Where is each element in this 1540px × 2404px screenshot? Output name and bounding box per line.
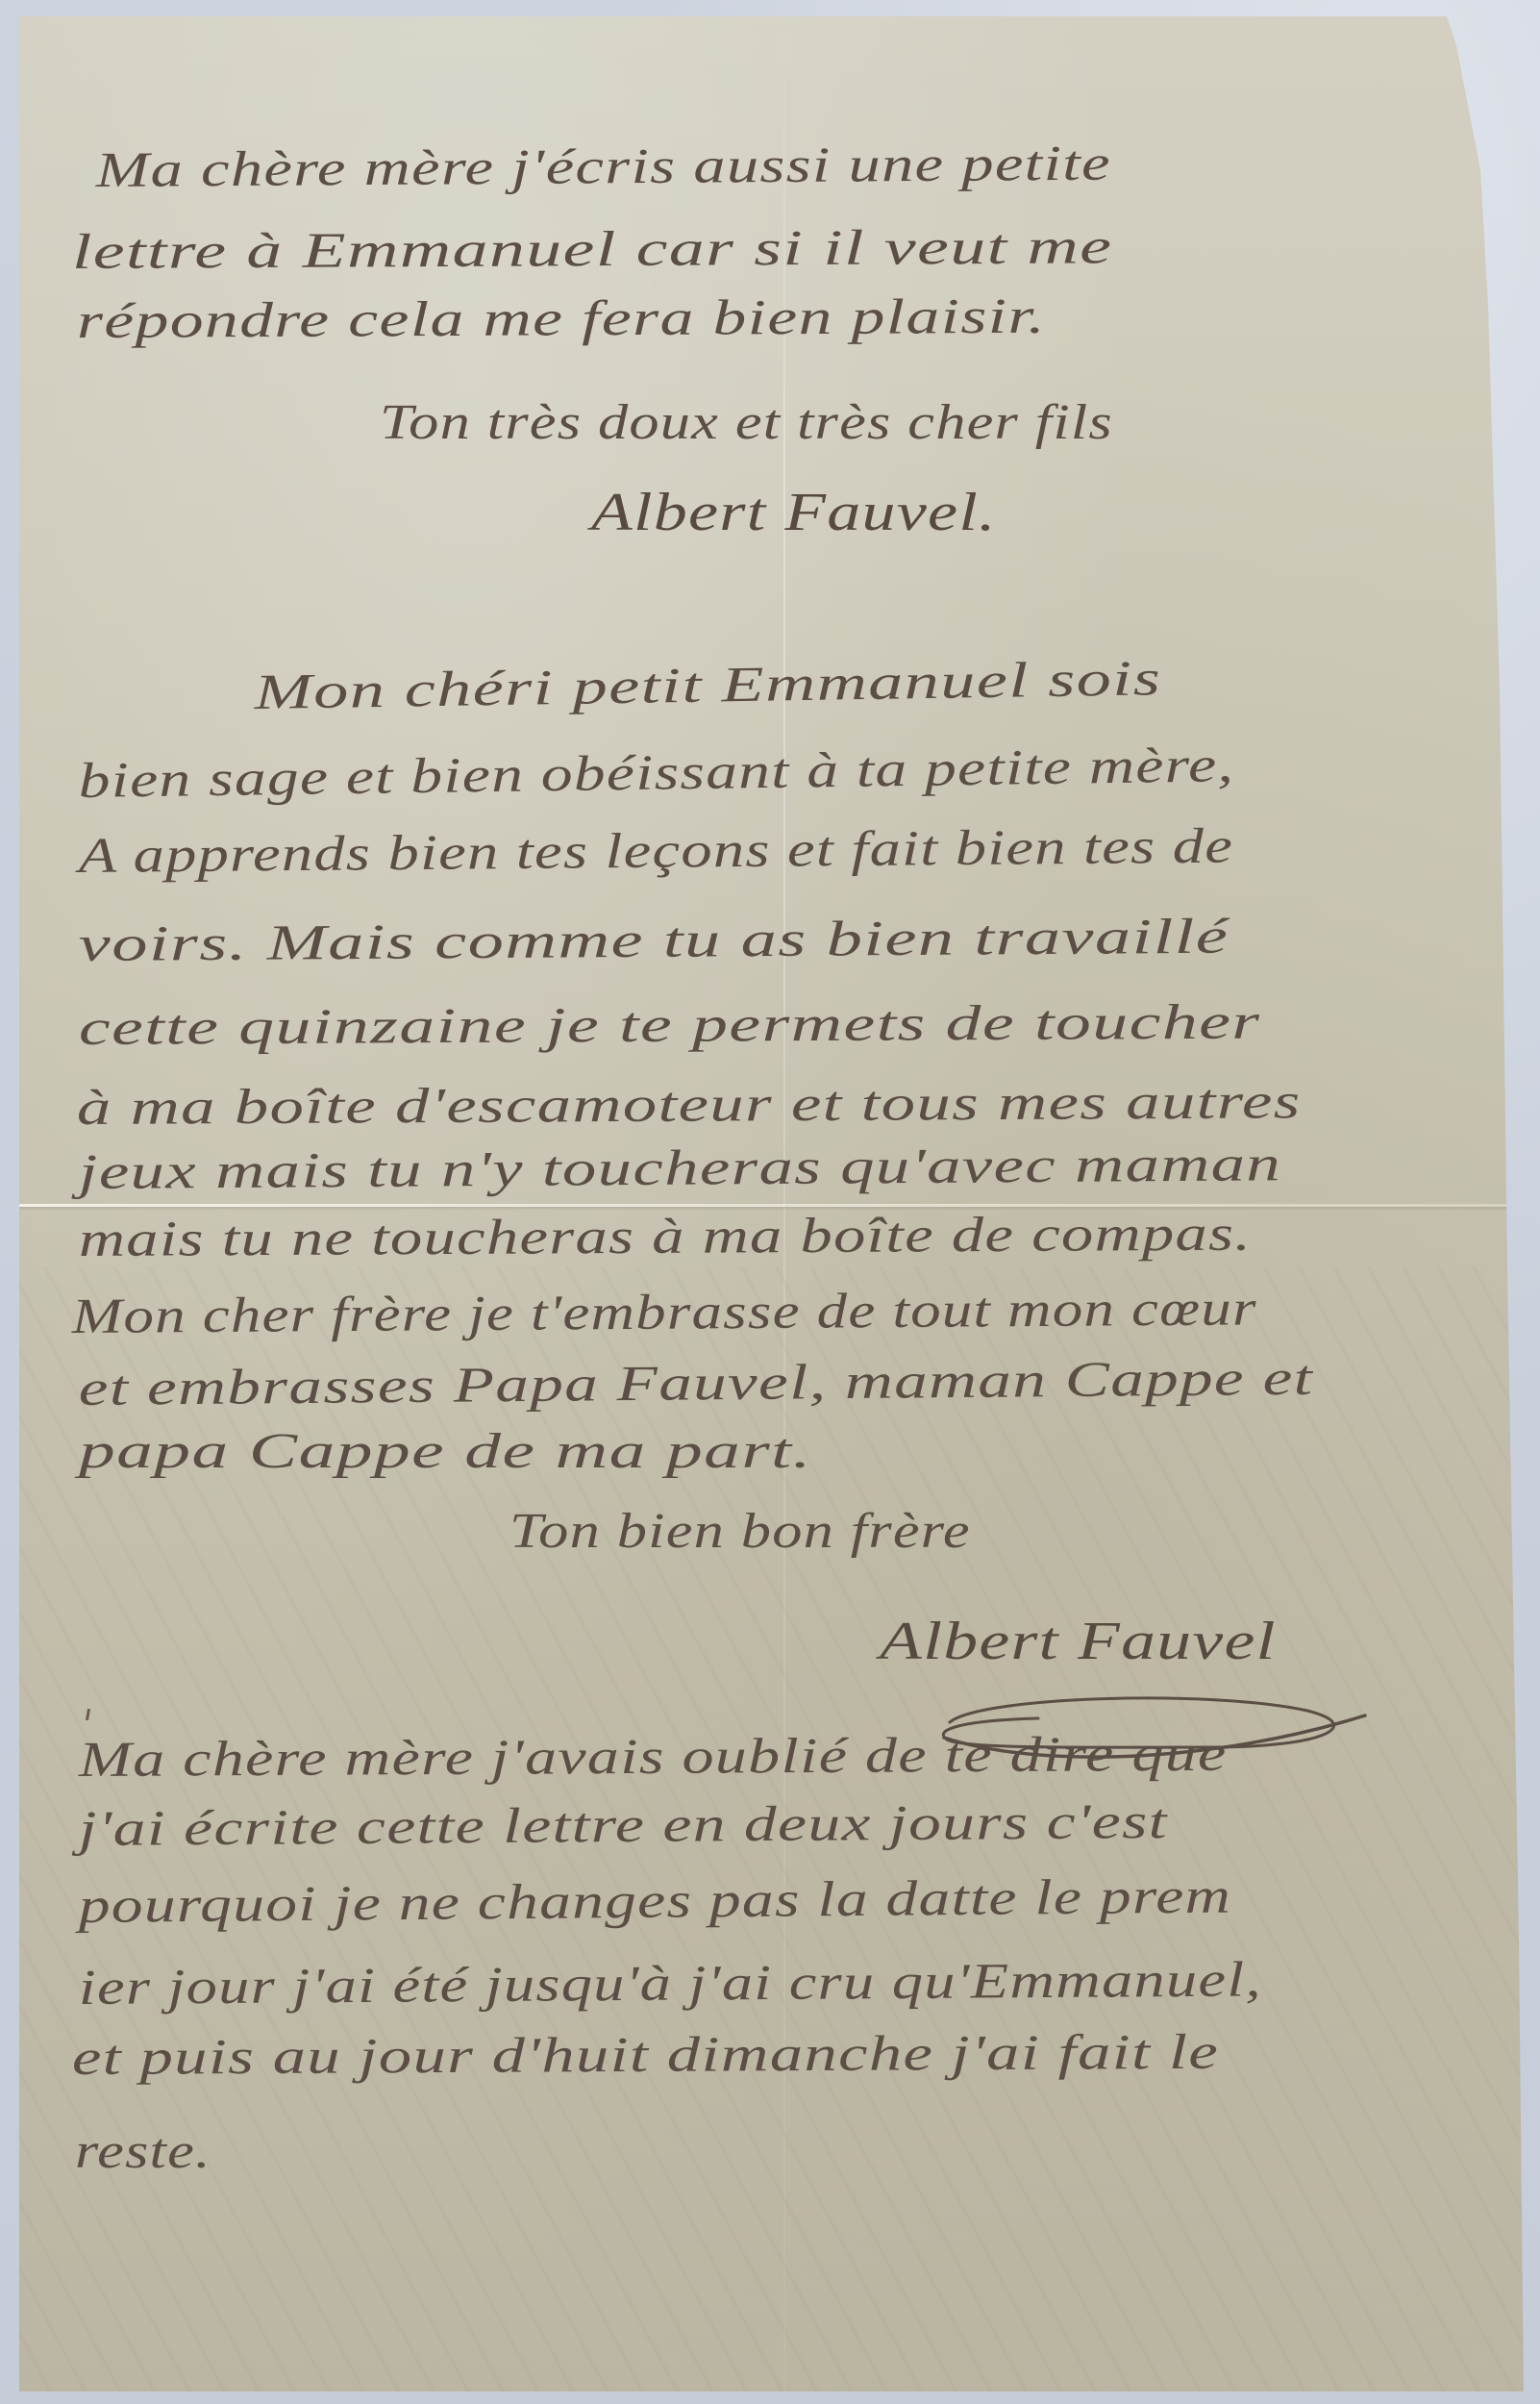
letter-line: papa Cappe de ma part.: [79, 1427, 812, 1477]
letter-line: ier jour j'ai été jusqu'à j'ai cru qu'Em…: [79, 1955, 1262, 2014]
letter-line: jeux mais tu n'y toucheras qu'avec maman: [79, 1139, 1282, 1198]
letter-line: cette quinzaine je te permets de toucher: [79, 998, 1261, 1054]
letter-line: voirs. Mais comme tu as bien travaillé: [79, 913, 1230, 970]
letter-line: et puis au jour d'huit dimanche j'ai fai…: [72, 2028, 1219, 2084]
letter-line: pourquoi je ne changes pas la datte le p…: [79, 1872, 1232, 1932]
letter-line: reste.: [75, 2127, 211, 2177]
letter-line: Ma chère mère j'écris aussi une petite: [96, 139, 1111, 196]
letter-line: Mon chéri petit Emmanuel sois: [254, 654, 1161, 718]
letter-line: mais tu ne toucheras à ma boîte de compa…: [79, 1210, 1253, 1265]
horizontal-fold-crease: [19, 1204, 1524, 1207]
signature: Albert Fauvel.: [591, 486, 997, 539]
letter-line: Ma chère mère j'avais oublié de te dire …: [79, 1730, 1228, 1786]
letter-line: bien sage et bien obéissant à ta petite …: [78, 740, 1234, 807]
signature: Albert Fauvel: [880, 1615, 1277, 1668]
letter-line: à ma boîte d'escamoteur et tous mes autr…: [77, 1077, 1302, 1134]
closing-line: Ton bien bon frère: [509, 1507, 971, 1557]
letter-line: et embrasses Papa Fauvel, maman Cappe et: [79, 1354, 1314, 1415]
letter-line: répondre cela me fera bien plaisir.: [77, 292, 1046, 347]
letter-line: A apprends bien tes leçons et fait bien …: [79, 822, 1234, 882]
letter-line: lettre à Emmanuel car si il veut me: [72, 222, 1113, 278]
letter-page: Ma chère mère j'écris aussi une petite l…: [19, 16, 1524, 2391]
letter-line: j'ai écrite cette lettre en deux jours c…: [79, 1797, 1168, 1855]
closing-line: Ton très doux et très cher fils: [380, 398, 1113, 448]
letter-line: Mon cher frère je t'embrasse de tout mon…: [72, 1284, 1257, 1342]
stray-ink-mark: [86, 1709, 90, 1720]
